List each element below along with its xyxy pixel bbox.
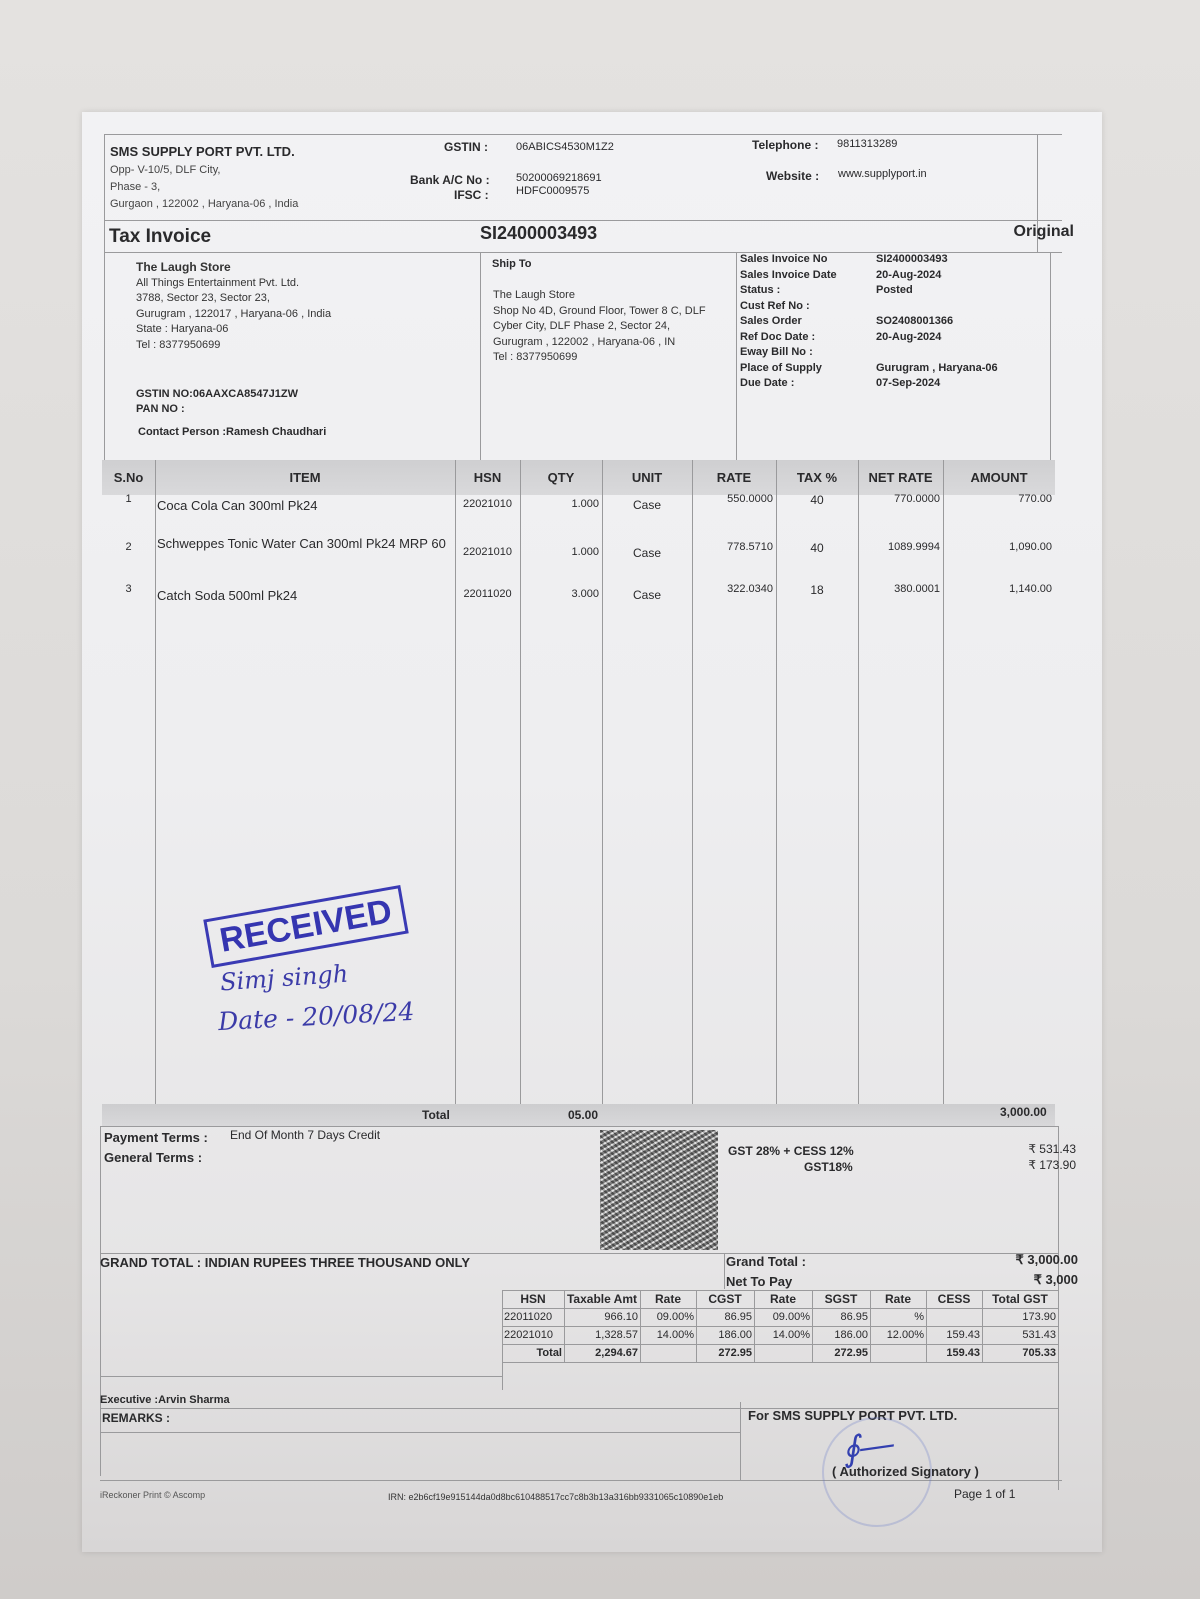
item-cell-tax: 40 — [779, 493, 855, 507]
column-header-sno: S.No — [102, 470, 155, 485]
column-header-unit: UNIT — [602, 470, 692, 485]
item-cell-item: Catch Soda 500ml Pk24 — [157, 588, 453, 603]
tax-line-label: GST 28% + CESS 12% — [728, 1144, 854, 1158]
executive-divider — [100, 1376, 502, 1377]
invoice-info-key: Ref Doc Date : — [740, 330, 876, 346]
hsn-header: Total GST — [982, 1292, 1058, 1306]
item-cell-qty: 1.000 — [523, 546, 599, 558]
contact-person: Contact Person :Ramesh Chaudhari — [138, 426, 326, 438]
hsn-header: Rate — [640, 1292, 696, 1306]
invoice-info-value: SI2400003493 — [876, 252, 948, 268]
bill-to-line: State : Haryana-06 — [136, 322, 331, 338]
terms-left-border — [100, 1126, 101, 1476]
ship-to-label: Ship To — [492, 258, 532, 270]
hsn-cell: 159.43 — [928, 1329, 980, 1341]
remarks-label: REMARKS : — [102, 1411, 170, 1425]
for-company: For SMS SUPPLY PORT PVT. LTD. — [748, 1408, 957, 1423]
hsn-cell: 86.95 — [698, 1311, 752, 1323]
website-link[interactable]: www.supplyport.in — [838, 168, 927, 180]
handwritten-name: Simj singh — [219, 960, 349, 997]
item-cell-tax: 18 — [779, 583, 855, 597]
hsn-row-line — [502, 1308, 1058, 1309]
bank-label: Bank A/C No : — [410, 173, 490, 187]
item-cell-rate: 550.0000 — [695, 493, 773, 505]
telephone-label: Telephone : — [752, 138, 818, 152]
print-credit: iReckoner Print © Ascomp — [100, 1490, 205, 1500]
remarks-line — [100, 1432, 740, 1433]
invoice-info-row: Cust Ref No : — [740, 299, 998, 315]
gstin-value: 06ABICS4530M1Z2 — [516, 141, 614, 153]
bill-to-line: All Things Entertainment Pvt. Ltd. — [136, 276, 331, 292]
hsn-cell: 531.43 — [984, 1329, 1056, 1341]
hsn-header: Rate — [754, 1292, 812, 1306]
header-divider — [104, 220, 1062, 221]
invoice-info-value: 07-Sep-2024 — [876, 376, 940, 392]
address-left-border — [104, 252, 105, 460]
payment-terms-value: End Of Month 7 Days Credit — [230, 1128, 380, 1142]
item-cell-unit: Case — [605, 588, 689, 602]
bill-to-line: Tel : 8377950699 — [136, 338, 331, 354]
hsn-total-cell: Total — [504, 1347, 562, 1359]
column-header-qty: QTY — [520, 470, 602, 485]
website-label: Website : — [766, 169, 819, 183]
company-address: Opp- V-10/5, DLF City, Phase - 3, Gurgao… — [110, 162, 298, 213]
item-cell-amount: 1,140.00 — [946, 583, 1052, 595]
item-cell-qty: 1.000 — [523, 498, 599, 510]
invoice-info-row: Sales Invoice Date20-Aug-2024 — [740, 268, 998, 284]
hsn-total-cell: 272.95 — [698, 1347, 752, 1359]
invoice-info-value: 20-Aug-2024 — [876, 268, 941, 284]
executive-name: Executive :Arvin Sharma — [100, 1394, 230, 1406]
bill-to-pan: PAN NO : — [136, 403, 185, 415]
invoice-number: SI2400003493 — [480, 223, 597, 244]
column-header-amount: AMOUNT — [943, 470, 1055, 485]
address-right-border — [1050, 252, 1051, 460]
hsn-cell: 09.00% — [642, 1311, 694, 1323]
net-to-pay-label: Net To Pay — [726, 1274, 792, 1289]
hsn-cell: 86.95 — [814, 1311, 868, 1323]
invoice-info-key: Sales Order — [740, 314, 876, 330]
column-divider — [520, 460, 521, 1126]
invoice-paper: SMS SUPPLY PORT PVT. LTD. Opp- V-10/5, D… — [82, 112, 1102, 1552]
invoice-info-key: Eway Bill No : — [740, 345, 876, 361]
company-address-line: Gurgaon , 122002 , Haryana-06 , India — [110, 196, 298, 213]
ifsc-label: IFSC : — [454, 188, 489, 202]
hsn-header: Taxable Amt — [564, 1292, 640, 1306]
invoice-info-value: 20-Aug-2024 — [876, 330, 941, 346]
invoice-info-value: Gurugram , Haryana-06 — [876, 361, 998, 377]
item-cell-unit: Case — [605, 546, 689, 560]
total-qty: 05.00 — [568, 1108, 598, 1122]
column-header-rate: RATE — [692, 470, 776, 485]
hsn-cell: 186.00 — [698, 1329, 752, 1341]
general-terms-label: General Terms : — [104, 1150, 202, 1165]
item-cell-amount: 1,090.00 — [946, 541, 1052, 553]
company-name: SMS SUPPLY PORT PVT. LTD. — [110, 144, 295, 159]
column-divider — [455, 460, 456, 1126]
hsn-border — [502, 1290, 1058, 1291]
invoice-info-key: Sales Invoice Date — [740, 268, 876, 284]
document-title: Tax Invoice — [109, 226, 211, 248]
column-header-hsn: HSN — [455, 470, 520, 485]
column-divider — [692, 460, 693, 1126]
column-divider — [776, 460, 777, 1126]
item-cell-qty: 3.000 — [523, 588, 599, 600]
item-cell-unit: Case — [605, 498, 689, 512]
hsn-total-cell: 705.33 — [984, 1347, 1056, 1359]
irn-number: IRN: e2b6cf19e915144da0d8bc610488517cc7c… — [388, 1492, 723, 1502]
header-left-border — [104, 134, 105, 252]
executive-vdivider — [502, 1290, 503, 1390]
hsn-header: SGST — [812, 1292, 870, 1306]
item-cell-rate: 778.5710 — [695, 541, 773, 553]
hsn-cell: 09.00% — [756, 1311, 810, 1323]
bill-to-line: 3788, Sector 23, Sector 23, — [136, 291, 331, 307]
hsn-header: CESS — [926, 1292, 982, 1306]
hsn-cell: 14.00% — [756, 1329, 810, 1341]
ship-to-line: Tel : 8377950699 — [493, 350, 706, 366]
grand-total-words: GRAND TOTAL : INDIAN RUPEES THREE THOUSA… — [100, 1255, 470, 1270]
hsn-header: Rate — [870, 1292, 926, 1306]
item-cell-hsn: 22021010 — [458, 498, 517, 510]
authorized-signatory: ( Authorized Signatory ) — [832, 1464, 979, 1479]
item-cell-item: Coca Cola Can 300ml Pk24 — [157, 498, 453, 513]
column-header-tax-percent: TAX % — [776, 470, 858, 485]
hsn-cell: 1,328.57 — [566, 1329, 638, 1341]
address-divider-2 — [736, 252, 737, 460]
column-divider — [858, 460, 859, 1126]
hsn-cell: 966.10 — [566, 1311, 638, 1323]
hsn-cell: 14.00% — [642, 1329, 694, 1341]
invoice-info-row: Sales OrderSO2408001366 — [740, 314, 998, 330]
grand-total-vdivider — [724, 1253, 725, 1289]
terms-top-border — [100, 1126, 1058, 1127]
tax-line-value: ₹ 531.43 — [1028, 1142, 1076, 1156]
invoice-info-row: Due Date :07-Sep-2024 — [740, 376, 998, 392]
hsn-total-cell: 159.43 — [928, 1347, 980, 1359]
grand-total-label: Grand Total : — [726, 1254, 806, 1269]
item-cell-amount: 770.00 — [946, 493, 1052, 505]
invoice-info-key: Cust Ref No : — [740, 299, 876, 315]
hsn-cell: 22011020 — [504, 1311, 562, 1323]
hsn-total-cell: 2,294.67 — [566, 1347, 638, 1359]
column-divider — [155, 460, 156, 1126]
invoice-info-list: Sales Invoice NoSI2400003493Sales Invoic… — [740, 252, 998, 392]
invoice-info-row: Sales Invoice NoSI2400003493 — [740, 252, 998, 268]
hsn-row-line — [502, 1344, 1058, 1345]
grand-total-divider — [100, 1253, 1058, 1254]
hsn-row-line — [502, 1362, 1058, 1363]
invoice-info-key: Status : — [740, 283, 876, 299]
tax-line-value: ₹ 173.90 — [1028, 1158, 1076, 1172]
invoice-info-row: Eway Bill No : — [740, 345, 998, 361]
ship-to-block: The Laugh Store Shop No 4D, Ground Floor… — [493, 288, 706, 366]
hsn-row-line — [502, 1326, 1058, 1327]
telephone-value: 9811313289 — [837, 138, 897, 150]
column-header-net-rate: NET RATE — [858, 470, 943, 485]
ifsc-value: HDFC0009575 — [516, 185, 589, 197]
item-cell-rate: 322.0340 — [695, 583, 773, 595]
company-address-line: Phase - 3, — [110, 179, 298, 196]
hsn-cell: 173.90 — [984, 1311, 1056, 1323]
total-label: Total — [422, 1108, 450, 1122]
hsn-cell: 22021010 — [504, 1329, 562, 1341]
grand-total-value: ₹ 3,000.00 — [1016, 1252, 1079, 1268]
item-cell-hsn: 22011020 — [458, 588, 517, 600]
column-divider — [602, 460, 603, 1126]
invoice-info-key: Sales Invoice No — [740, 252, 876, 268]
item-cell-net-rate: 770.0000 — [861, 493, 940, 505]
item-cell-hsn: 22021010 — [458, 546, 517, 558]
address-divider-1 — [480, 252, 481, 460]
column-header-item: ITEM — [155, 470, 455, 485]
received-stamp: RECEIVED — [203, 885, 408, 968]
ship-to-line: Shop No 4D, Ground Floor, Tower 8 C, DLF — [493, 304, 706, 320]
bill-to-gstin: GSTIN NO:06AAXCA8547J1ZW — [136, 388, 298, 400]
invoice-info-row: Ref Doc Date :20-Aug-2024 — [740, 330, 998, 346]
header-top-border — [104, 134, 1062, 135]
hsn-total-cell: 272.95 — [814, 1347, 868, 1359]
hsn-header: HSN — [502, 1292, 564, 1306]
bill-to-line: Gurugram , 122017 , Haryana-06 , India — [136, 307, 331, 323]
qr-code — [600, 1130, 718, 1250]
gstin-label: GSTIN : — [444, 140, 488, 154]
invoice-info-key: Due Date : — [740, 376, 876, 392]
handwritten-date: Date - 20/08/24 — [217, 997, 415, 1036]
invoice-info-key: Place of Supply — [740, 361, 876, 377]
copy-label: Original — [1014, 223, 1074, 241]
bill-to-block: The Laugh Store All Things Entertainment… — [136, 260, 331, 353]
item-cell-net-rate: 1089.9994 — [861, 541, 940, 553]
item-cell-tax: 40 — [779, 541, 855, 555]
company-address-line: Opp- V-10/5, DLF City, — [110, 162, 298, 179]
hsn-cell: 186.00 — [814, 1329, 868, 1341]
total-amount: 3,000.00 — [1000, 1105, 1047, 1119]
net-to-pay-value: ₹ 3,000 — [1034, 1272, 1078, 1288]
hsn-cell: 12.00% — [872, 1329, 924, 1341]
item-cell-item: Schweppes Tonic Water Can 300ml Pk24 MRP… — [157, 536, 453, 551]
item-cell-net-rate: 380.0001 — [861, 583, 940, 595]
payment-terms-label: Payment Terms : — [104, 1130, 208, 1145]
invoice-info-value: SO2408001366 — [876, 314, 953, 330]
ship-to-line: Gurugram , 122002 , Haryana-06 , IN — [493, 335, 706, 351]
signature-vdivider — [740, 1402, 741, 1480]
column-divider — [943, 460, 944, 1126]
bill-to-name: The Laugh Store — [136, 260, 331, 276]
page-number: Page 1 of 1 — [954, 1487, 1015, 1501]
item-cell-sno: 3 — [105, 583, 152, 595]
bank-value: 50200069218691 — [516, 172, 602, 184]
hsn-header: CGST — [696, 1292, 754, 1306]
tax-line-label: GST18% — [804, 1160, 853, 1174]
hsn-col-line — [1058, 1290, 1059, 1362]
ship-to-line: Cyber City, DLF Phase 2, Sector 24, — [493, 319, 706, 335]
invoice-info-row: Place of SupplyGurugram , Haryana-06 — [740, 361, 998, 377]
hsn-cell: % — [872, 1311, 924, 1323]
item-cell-sno: 1 — [105, 493, 152, 505]
item-cell-sno: 2 — [105, 541, 152, 553]
invoice-info-row: Status :Posted — [740, 283, 998, 299]
ship-to-name: The Laugh Store — [493, 288, 706, 304]
invoice-info-value: Posted — [876, 283, 913, 299]
